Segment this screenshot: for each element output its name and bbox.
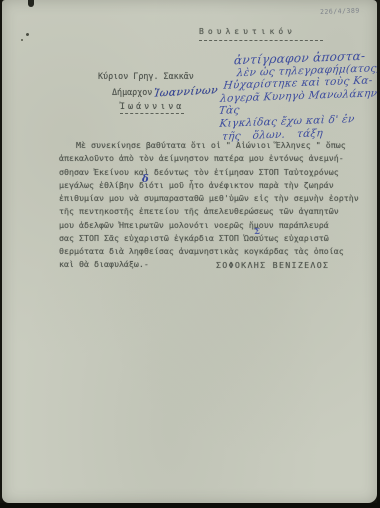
body-line: σθησαν Ἐκείνου καὶ δεόντως τὸν ἐτίμησαν …	[59, 166, 375, 179]
paper-speck	[21, 39, 23, 41]
staple-mark	[28, 0, 34, 7]
body-line: τῆς πεντηκοστῆς ἐπετείου τῆς ἀπελευθερώσ…	[59, 205, 375, 218]
signature-sofoklis-venizelos: ΣΟΦΟΚΛΗΣ ΒΕΝΙΖΕΛΟΣ	[216, 260, 329, 270]
scan-edge-bottom	[0, 503, 380, 508]
body-line: Μὲ συνεκίνησε βαθύτατα ὅτι οἱ " Αἰώνιοι …	[59, 139, 375, 152]
recipient-address-block: Κύριον Γρηγ. Σακκᾶν ΔήμαρχονἸωαννίνων Ἰω…	[98, 71, 218, 114]
paper-speck	[26, 33, 30, 37]
scan-edge-left	[0, 0, 2, 508]
body-line: ἀπεκαλοῦντο ἀπὸ τὸν ἀείμνηστον πατέρα μο…	[59, 152, 375, 165]
body-line: μου ἀδελφῶν Ἠπειρωτῶν μολονότι νοερῶς ἤμ…	[59, 219, 375, 232]
blue-ink-correction-sigma: Σ	[254, 227, 260, 237]
body-line: σας ΣΤΟΠ Σᾶς εὐχαριστῶ ἐγκάρδια ΣΤΟΠ Ὡσα…	[59, 232, 375, 245]
letter-body: Μὲ συνεκίνησε βαθύτατα ὅτι οἱ " Αἰώνιοι …	[59, 139, 375, 272]
blue-ink-correction-delta: δ	[142, 174, 149, 185]
recipient-city: Ἰωάννινα	[120, 101, 184, 114]
recipient-title: ΔήμαρχονἸωαννίνων	[112, 86, 218, 98]
handwritten-annotation: ἀντίγραφον ἀποστα- λὲν ὡς τηλεγραφήμ(ατο…	[215, 49, 380, 143]
body-line: ἐπιθυμίαν μου νὰ συμπαρασταθῶ μεθ'ὑμῶν ε…	[59, 192, 375, 205]
body-line: θερμότατα διὰ ληφθείσας ἀναμνηστικὰς κογ…	[59, 245, 375, 258]
document-header-title: Βουλευτικόν	[199, 27, 323, 41]
recipient-title-handwritten: Ἰωαννίνων	[153, 84, 219, 99]
body-line: μεγάλως ἐθλίβην διότι μοῦ ἦτο ἀνέφικτον …	[59, 179, 375, 192]
paper: 226/4/389 Βουλευτικόν Κύριον Γρηγ. Σακκᾶ…	[2, 0, 377, 503]
recipient-title-typed: Δήμαρχον	[112, 87, 152, 97]
scanned-document: 226/4/389 Βουλευτικόν Κύριον Γρηγ. Σακκᾶ…	[0, 0, 380, 508]
document-reference-number: 226/4/389	[320, 6, 376, 16]
recipient-name: Κύριον Γρηγ. Σακκᾶν	[98, 71, 218, 81]
